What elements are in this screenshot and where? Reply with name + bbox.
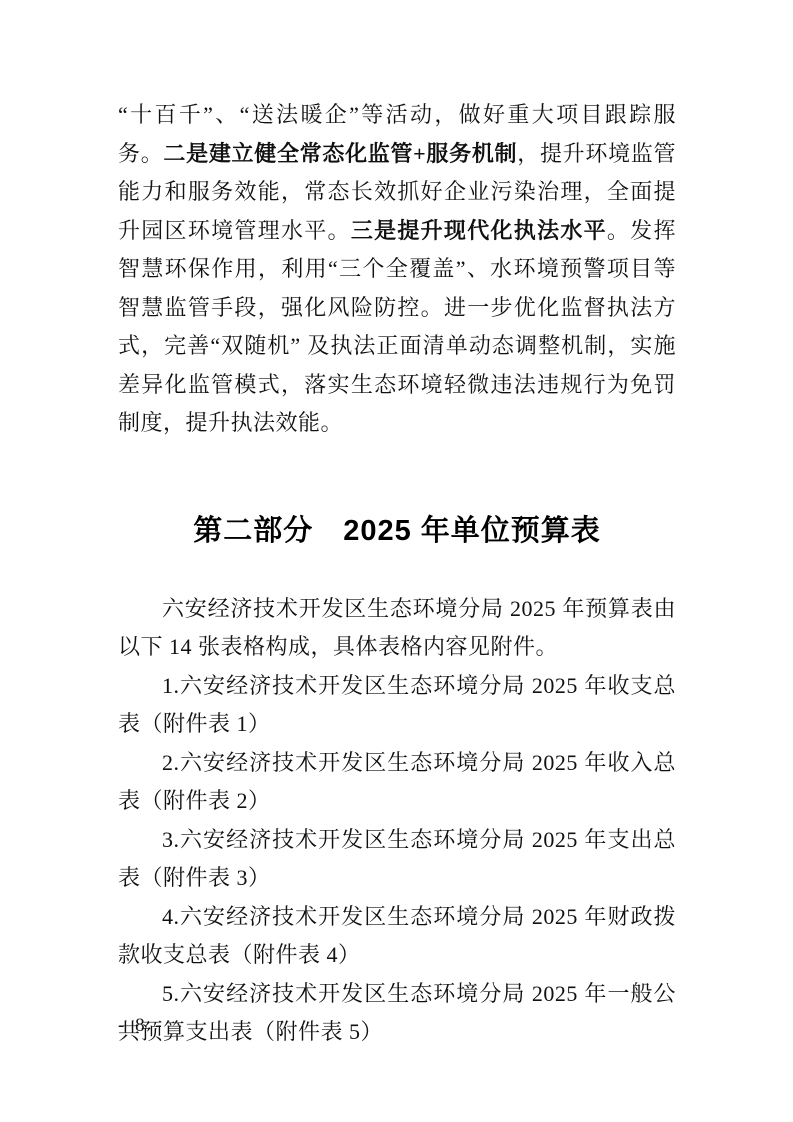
text-run-bold: 二是建立健全常态化监管+服务机制 xyxy=(163,141,517,166)
document-content: “十百千”、“送法暖企”等活动，做好重大项目跟踪服务。二是建立健全常态化监管+服… xyxy=(118,96,676,1052)
paragraph-continuation: “十百千”、“送法暖企”等活动，做好重大项目跟踪服务。二是建立健全常态化监管+服… xyxy=(118,96,676,443)
list-item-5: 5.六安经济技术开发区生态环境分局 2025 年一般公共预算支出表（附件表 5） xyxy=(118,975,676,1052)
list-item-3: 3.六安经济技术开发区生态环境分局 2025 年支出总表（附件表 3） xyxy=(118,821,676,898)
section-heading: 第二部分 2025 年单位预算表 xyxy=(118,509,676,553)
document-page: “十百千”、“送法暖企”等活动，做好重大项目跟踪服务。二是建立健全常态化监管+服… xyxy=(0,0,793,1122)
intro-paragraph: 六安经济技术开发区生态环境分局 2025 年预算表由以下 14 张表格构成，具体… xyxy=(118,590,676,667)
list-item-1: 1.六安经济技术开发区生态环境分局 2025 年收支总表（附件表 1） xyxy=(118,667,676,744)
text-run-bold: 三是提升现代化执法水平 xyxy=(351,218,607,243)
list-item-4: 4.六安经济技术开发区生态环境分局 2025 年财政拨款收支总表（附件表 4） xyxy=(118,898,676,975)
text-run: 。发挥智慧环保作用，利用“三个全覆盖”、水环境预警项目等智慧监管手段，强化风险防… xyxy=(118,218,676,436)
list-item-2: 2.六安经济技术开发区生态环境分局 2025 年收入总表（附件表 2） xyxy=(118,744,676,821)
page-number: - 8 - xyxy=(118,1014,165,1038)
